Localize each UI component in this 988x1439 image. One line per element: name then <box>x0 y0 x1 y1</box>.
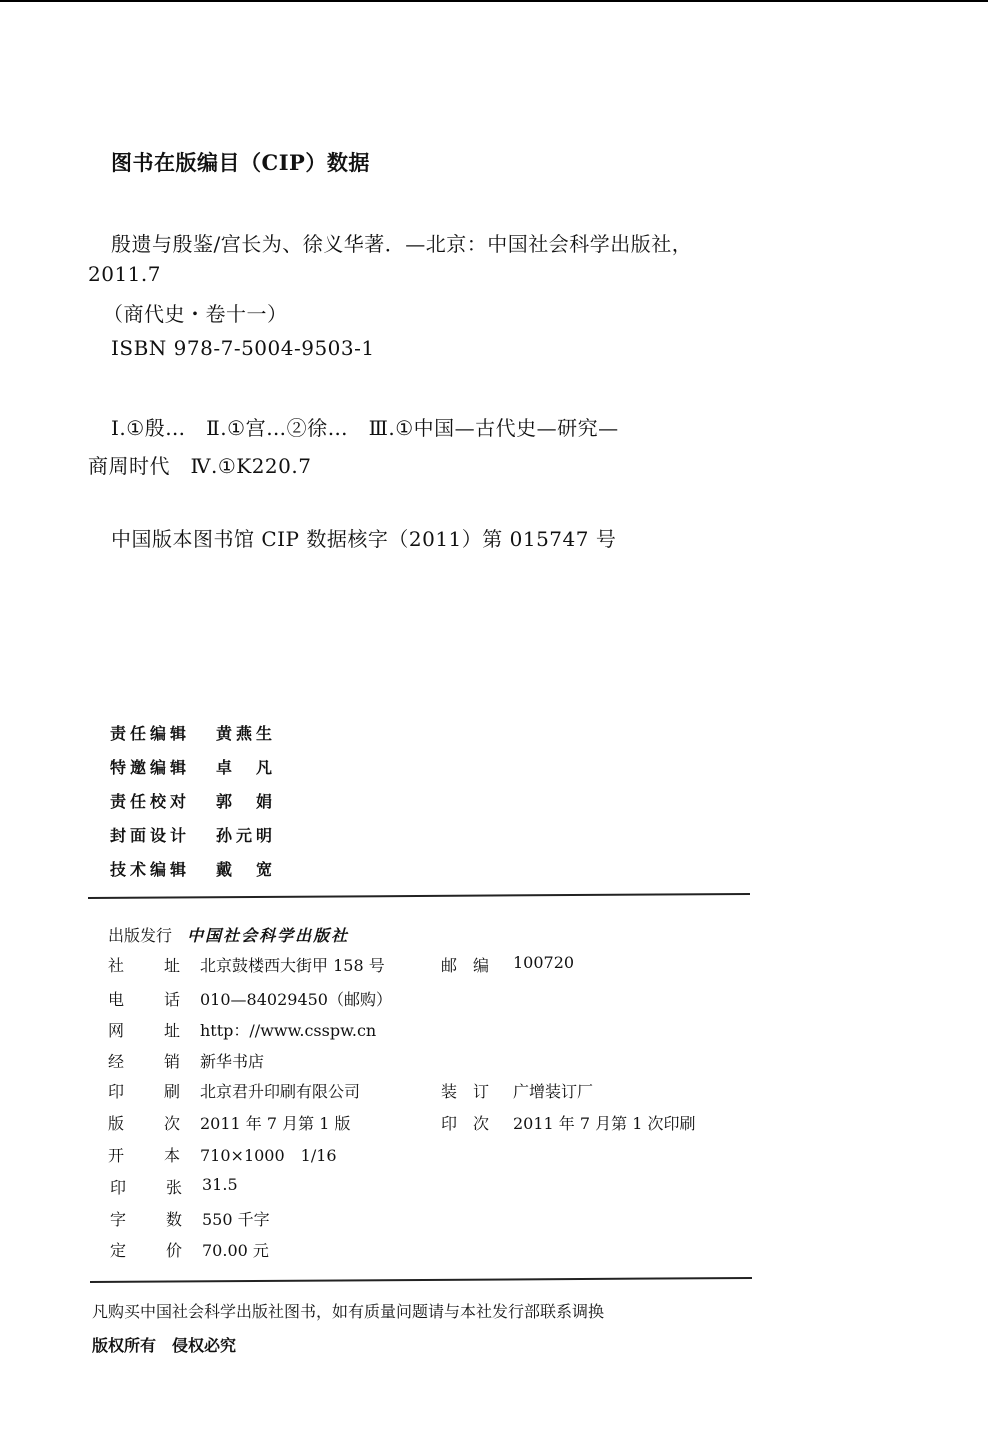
field-value: 广增装订厂 <box>513 1079 593 1102</box>
website-link[interactable]: http：//www.csspw.cn <box>200 1018 376 1041</box>
credit-role: 特邀编辑 <box>110 755 216 778</box>
divider-rule-top <box>88 893 750 899</box>
field-label: 本 <box>164 1143 180 1166</box>
quality-notice: 凡购买中国社会科学出版社图书，如有质量问题请与本社发行部联系调换 <box>92 1299 604 1322</box>
credit-name: 孙元明 <box>216 823 276 846</box>
field-label: 话 <box>164 987 180 1010</box>
credit-name: 戴 宽 <box>216 857 276 880</box>
field-label: 印 <box>110 1175 126 1198</box>
cip-verification-number: 中国版本图书馆 CIP 数据核字（2011）第 015747 号 <box>111 523 616 552</box>
field-label: 价 <box>166 1238 182 1261</box>
field-label: 址 <box>164 1018 180 1041</box>
field-label: 销 <box>164 1049 180 1072</box>
publisher-name: 中国社会科学出版社 <box>187 926 349 945</box>
credit-role: 责任编辑 <box>110 721 216 744</box>
credit-row: 特邀编辑卓 凡 <box>110 755 276 778</box>
field-label: 印 <box>441 1111 457 1134</box>
field-label: 订 <box>473 1079 489 1102</box>
field-label: 刷 <box>164 1079 180 1102</box>
field-value: 新华书店 <box>200 1049 264 1072</box>
field-label: 址 <box>164 953 180 976</box>
field-value: 100720 <box>513 953 574 972</box>
cip-title-author-line: 殷遗与殷鉴/宫长为、徐义华著．—北京：中国社会科学出版社， <box>111 228 692 257</box>
publisher-label: 出版发行 <box>108 926 172 945</box>
field-label: 版 <box>108 1111 124 1134</box>
field-value: 010—84029450（邮购） <box>200 987 392 1010</box>
field-label: 张 <box>166 1175 182 1198</box>
credit-row: 责任校对郭 娟 <box>110 789 276 812</box>
field-value: 31.5 <box>202 1175 238 1194</box>
cip-isbn: ISBN 978-7-5004-9503-1 <box>111 336 375 360</box>
cip-heading: 图书在版编目（CIP）数据 <box>111 147 370 177</box>
cip-classification-line2: 商周时代 Ⅳ.①K220.7 <box>88 450 311 479</box>
field-label: 印 <box>108 1079 124 1102</box>
field-label: 电 <box>108 987 124 1010</box>
field-value: 550 千字 <box>202 1207 270 1230</box>
copyright-notice: 版权所有 侵权必究 <box>92 1333 236 1356</box>
field-label: 次 <box>473 1111 489 1134</box>
publisher-row: 出版发行 中国社会科学出版社 <box>108 923 349 946</box>
credit-role: 技术编辑 <box>110 857 216 880</box>
credit-name: 卓 凡 <box>216 755 276 778</box>
field-value: 70.00 元 <box>202 1238 269 1261</box>
field-label: 字 <box>110 1207 126 1230</box>
field-value: 2011 年 7 月第 1 版 <box>200 1111 351 1134</box>
field-label: 次 <box>164 1111 180 1134</box>
credit-name: 郭 娟 <box>216 789 276 812</box>
field-label: 数 <box>166 1207 182 1230</box>
credit-row: 封面设计孙元明 <box>110 823 276 846</box>
field-value: 北京鼓楼西大街甲 158 号 <box>200 953 385 976</box>
cip-classification-line1: Ⅰ.①殷… Ⅱ.①宫…②徐… Ⅲ.①中国—古代史—研究— <box>111 412 619 441</box>
field-label: 网 <box>108 1018 124 1041</box>
field-label: 社 <box>108 953 124 976</box>
cip-series: （商代史・卷十一） <box>103 298 288 327</box>
field-label: 定 <box>110 1238 126 1261</box>
field-value: 710×1000 1/16 <box>200 1143 337 1166</box>
divider-rule-bottom <box>90 1277 752 1283</box>
field-value: 2011 年 7 月第 1 次印刷 <box>513 1111 696 1134</box>
credit-row: 责任编辑黄燕生 <box>110 721 276 744</box>
field-label: 装 <box>441 1079 457 1102</box>
field-label: 经 <box>108 1049 124 1072</box>
field-label: 开 <box>108 1143 124 1166</box>
cip-publication-date: 2011.7 <box>88 262 161 286</box>
credit-role: 封面设计 <box>110 823 216 846</box>
field-label: 编 <box>473 953 489 976</box>
field-label: 邮 <box>441 953 457 976</box>
credit-role: 责任校对 <box>110 789 216 812</box>
credit-row: 技术编辑戴 宽 <box>110 857 276 880</box>
credit-name: 黄燕生 <box>216 721 276 744</box>
field-value: 北京君升印刷有限公司 <box>200 1079 360 1102</box>
